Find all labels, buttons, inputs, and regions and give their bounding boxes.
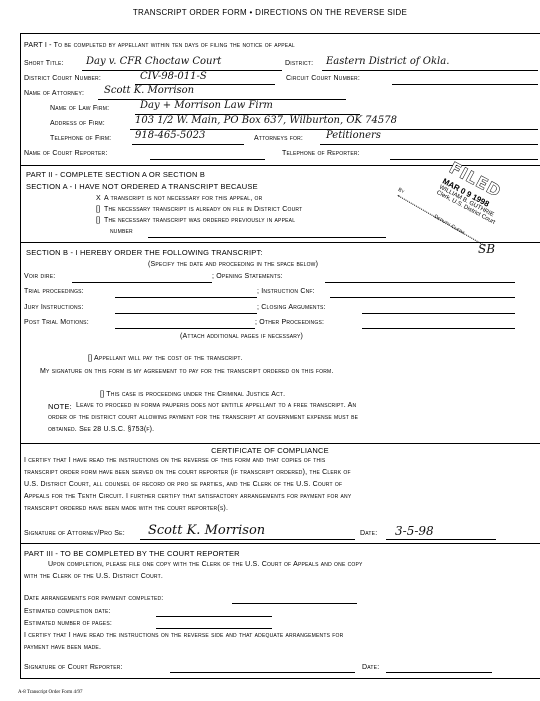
certificate-line-1: I certify that I have read the instructi…	[24, 457, 325, 464]
stamp-initials: SB	[478, 242, 495, 256]
option1-label: A transcript is not necessary for this a…	[104, 195, 262, 202]
law-firm-label: Name of Law Firm:	[50, 105, 109, 112]
option3-label: The necessary transcript was ordered pre…	[104, 217, 295, 224]
voir-dire-field[interactable]	[72, 282, 212, 283]
voir-dire-label: Voir dire:	[24, 273, 55, 280]
certificate-heading: CERTIFICATE OF COMPLIANCE	[0, 446, 540, 455]
telephone-line	[132, 144, 244, 145]
telephone-label: Telephone of Firm:	[50, 135, 111, 142]
closing-field[interactable]	[362, 313, 515, 314]
form-title: TRANSCRIPT ORDER FORM • DIRECTIONS ON TH…	[0, 8, 540, 17]
telephone-field[interactable]: 918-465-5023	[135, 130, 205, 141]
attorney-signature-label: Signature of Attorney/Pro Se:	[24, 530, 125, 537]
circuit-court-number-label: Circuit Court Number:	[286, 75, 360, 82]
option3-checkbox[interactable]: []	[96, 217, 100, 224]
pay-option[interactable]: [] Appellant will pay the cost of the tr…	[88, 355, 243, 362]
section-b-heading: SECTION B - I HEREBY ORDER THE FOLLOWING…	[26, 248, 263, 257]
signature-date-label: Date:	[360, 530, 377, 537]
completion-date-field[interactable]	[156, 616, 272, 617]
closing-label: ; Closing Arguments:	[257, 304, 326, 311]
district-label: District:	[285, 60, 313, 67]
part3-heading: PART III - TO BE COMPLETED BY THE COURT …	[24, 549, 240, 558]
signature-date-line	[386, 539, 496, 540]
signature-agreement: My signature on this form is my agreemen…	[40, 368, 334, 375]
other-field[interactable]	[362, 328, 515, 329]
instruction-label: ; Instruction Cnf:	[257, 288, 315, 295]
reporter-certify-1: I certify that I have read the instructi…	[24, 632, 343, 639]
attorneys-for-field[interactable]: Petitioners	[326, 130, 381, 141]
post-trial-label: Post Trial Motions:	[24, 319, 89, 326]
address-label: Address of Firm:	[50, 120, 105, 127]
reporter-certify-2: payment have been made.	[24, 644, 101, 651]
signature-date-field[interactable]: 3-5-98	[395, 524, 434, 538]
attorney-field[interactable]: Scott K. Morrison	[104, 85, 194, 96]
certificate-line-5: transcript ordered have been made with t…	[24, 505, 228, 512]
part3-instruction-1: Upon completion, please file one copy wi…	[48, 561, 363, 568]
court-reporter-label: Name of Court Reporter:	[24, 150, 107, 157]
note-text-3: obtained. See 28 U.S.C. §753(f).	[48, 426, 154, 433]
note-label: NOTE:	[48, 402, 72, 411]
trial-label: Trial proceedings:	[24, 288, 84, 295]
number-of-pages-field[interactable]	[156, 628, 272, 629]
attach-note: (Attach additional pages if necessary)	[180, 333, 303, 340]
attorney-signature-field[interactable]: Scott K. Morrison	[148, 523, 265, 538]
opening-label: ; Opening Statements:	[212, 273, 283, 280]
reporter-date-field[interactable]	[386, 672, 492, 673]
section-a-heading: SECTION A - I HAVE NOT ORDERED A TRANSCR…	[26, 182, 258, 191]
section-b-note: (Specify the date and proceeding in the …	[148, 261, 318, 268]
number-label: number	[110, 228, 133, 235]
district-line	[322, 70, 538, 71]
law-firm-field[interactable]: Day + Morrison Law Firm	[140, 100, 273, 111]
attorneys-for-label: Attorneys for:	[254, 135, 303, 142]
certificate-line-4: Appeals for the Tenth Circuit. I further…	[24, 493, 351, 500]
attorney-signature-line	[140, 539, 355, 540]
district-court-number-field[interactable]: CIV-98-011-S	[140, 71, 207, 82]
certificate-divider	[20, 443, 540, 444]
cja-option[interactable]: [] This case is proceeding under the Cri…	[100, 391, 285, 398]
court-reporter-field[interactable]	[150, 159, 265, 160]
district-field[interactable]: Eastern District of Okla.	[326, 56, 449, 67]
option1-checkbox[interactable]: X	[96, 195, 101, 202]
attorneys-for-line	[320, 144, 538, 145]
payment-completed-label: Date arrangements for payment completed:	[24, 595, 163, 602]
completion-date-label: Estimated completion date:	[24, 608, 111, 615]
option2-checkbox[interactable]: []	[96, 206, 100, 213]
part1-heading: PART I - To be completed by appellant wi…	[24, 42, 295, 49]
note-text-2: order of the district court allowing pay…	[48, 414, 358, 421]
jury-label: Jury Instructions:	[24, 304, 84, 311]
opening-field[interactable]	[325, 282, 515, 283]
note-text-1: Leave to proceed in forma pauperis does …	[76, 402, 356, 409]
certificate-line-2: transcript order form have been served o…	[24, 469, 351, 476]
attorney-label: Name of Attorney:	[24, 90, 84, 97]
trial-field[interactable]	[115, 297, 257, 298]
reporter-signature-label: Signature of Court Reporter:	[24, 664, 123, 671]
reporter-phone-field[interactable]	[390, 159, 538, 160]
part2-heading: PART II - COMPLETE SECTION A OR SECTION …	[26, 170, 205, 179]
district-court-number-label: District Court Number:	[24, 75, 101, 82]
post-trial-field[interactable]	[115, 328, 255, 329]
circuit-court-number-field[interactable]	[392, 84, 538, 85]
option2-label: The necessary transcript is already on f…	[104, 206, 302, 213]
section-b-divider	[20, 242, 540, 243]
part3-instruction-2: with the Clerk of the U.S. District Cour…	[24, 573, 163, 580]
reporter-phone-label: Telephone of Reporter:	[282, 150, 360, 157]
short-title-field[interactable]: Day v. CFR Choctaw Court	[86, 56, 221, 67]
number-of-pages-label: Estimated number of pages:	[24, 620, 112, 627]
part3-divider	[20, 543, 540, 544]
appeal-number-field[interactable]	[148, 237, 386, 238]
short-title-label: Short Title:	[24, 60, 64, 67]
certificate-line-3: U.S. District Court, all counsel of reco…	[24, 481, 342, 488]
payment-completed-field[interactable]	[232, 603, 357, 604]
other-label: ; Other Proceedings:	[255, 319, 324, 326]
instruction-field[interactable]	[330, 297, 515, 298]
address-field[interactable]: 103 1/2 W. Main, PO Box 637, Wilburton, …	[135, 115, 397, 126]
reporter-date-label: Date:	[362, 664, 379, 671]
reporter-signature-field[interactable]	[170, 672, 355, 673]
jury-field[interactable]	[115, 313, 257, 314]
form-footer: A-8 Transcript Order Form 4/97	[18, 690, 82, 695]
